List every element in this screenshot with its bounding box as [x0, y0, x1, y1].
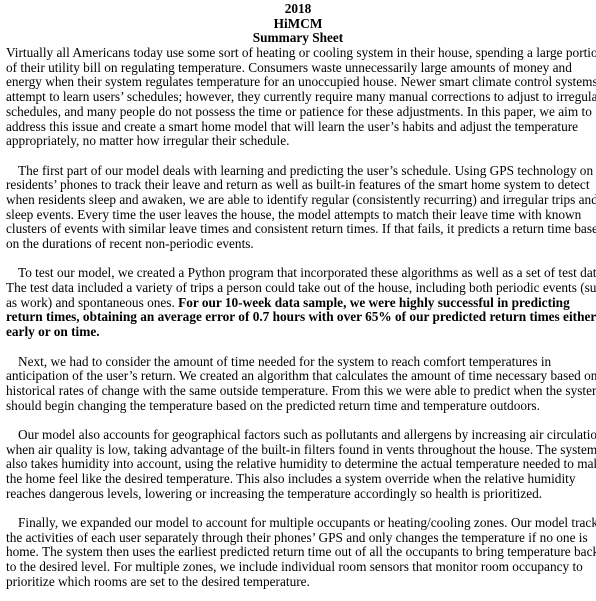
summary-sheet-page: 2018 HiMCM Summary Sheet Virtually all A… — [6, 2, 596, 601]
title-year: 2018 — [6, 2, 590, 17]
paragraph-air-quality-humidity: Our model also accounts for geographical… — [6, 428, 596, 501]
text-line: reaches dangerous levels, lowering or in… — [6, 487, 596, 502]
text-line: The first part of our model deals with l… — [6, 164, 596, 179]
paragraph-schedule-learning: The first part of our model deals with l… — [6, 164, 596, 252]
title-block: 2018 HiMCM Summary Sheet — [6, 2, 590, 46]
text-line: To test our model, we created a Python p… — [6, 266, 596, 281]
paragraph-comfort-timing: Next, we had to consider the amount of t… — [6, 355, 596, 414]
title-summary-sheet: Summary Sheet — [6, 31, 590, 46]
text-line: address this issue and create a smart ho… — [6, 120, 596, 135]
text-line: to the desired level. For multiple zones… — [6, 560, 596, 575]
text-line: the activities of each user separately t… — [6, 531, 596, 546]
text-line: prioritize which rooms are set to the de… — [6, 575, 596, 590]
text-line: Our model also accounts for geographical… — [6, 428, 596, 443]
text-line-bold: return times, obtaining an average error… — [6, 310, 596, 325]
text-line: appropriately, no matter how irregular t… — [6, 134, 596, 149]
text-line: historical rates of change with the same… — [6, 384, 596, 399]
text-line: when air quality is low, taking advantag… — [6, 443, 596, 458]
text-line: clusters of events with similar leave ti… — [6, 222, 596, 237]
text-line: when residents sleep and awaken, we are … — [6, 193, 596, 208]
text-line: home. The system then uses the earliest … — [6, 545, 596, 560]
text-line-mixed: as work) and spontaneous ones. For our 1… — [6, 296, 596, 311]
text-line-bold: early or on time. — [6, 325, 596, 340]
text-line: of their utility bill on regulating temp… — [6, 61, 596, 76]
text-line: Finally, we expanded our model to accoun… — [6, 516, 596, 531]
paragraph-introduction: Virtually all Americans today use some s… — [6, 46, 596, 149]
text-line: attempt to learn users’ schedules; howev… — [6, 90, 596, 105]
text-line: also takes humidity into account, using … — [6, 457, 596, 472]
text-line: anticipation of the user’s return. We cr… — [6, 369, 596, 384]
text-normal-segment: as work) and spontaneous ones. — [6, 295, 178, 310]
text-line: residents’ phones to track their leave a… — [6, 178, 596, 193]
paragraph-multiple-occupants: Finally, we expanded our model to accoun… — [6, 516, 596, 589]
paragraph-testing-results: To test our model, we created a Python p… — [6, 266, 596, 339]
text-line: energy when their system regulates tempe… — [6, 75, 596, 90]
text-bold-segment: For our 10-week data sample, we were hig… — [178, 295, 570, 310]
text-line: Next, we had to consider the amount of t… — [6, 355, 596, 370]
text-line: The test data included a variety of trip… — [6, 281, 596, 296]
text-line: the home feel like the desired temperatu… — [6, 472, 596, 487]
title-contest: HiMCM — [6, 17, 590, 32]
text-line: Virtually all Americans today use some s… — [6, 46, 596, 61]
text-line: sleep events. Every time the user leaves… — [6, 208, 596, 223]
text-line: on the durations of recent non-periodic … — [6, 237, 596, 252]
text-line: schedules, and many people do not posses… — [6, 105, 596, 120]
text-line: should begin changing the temperature ba… — [6, 399, 596, 414]
